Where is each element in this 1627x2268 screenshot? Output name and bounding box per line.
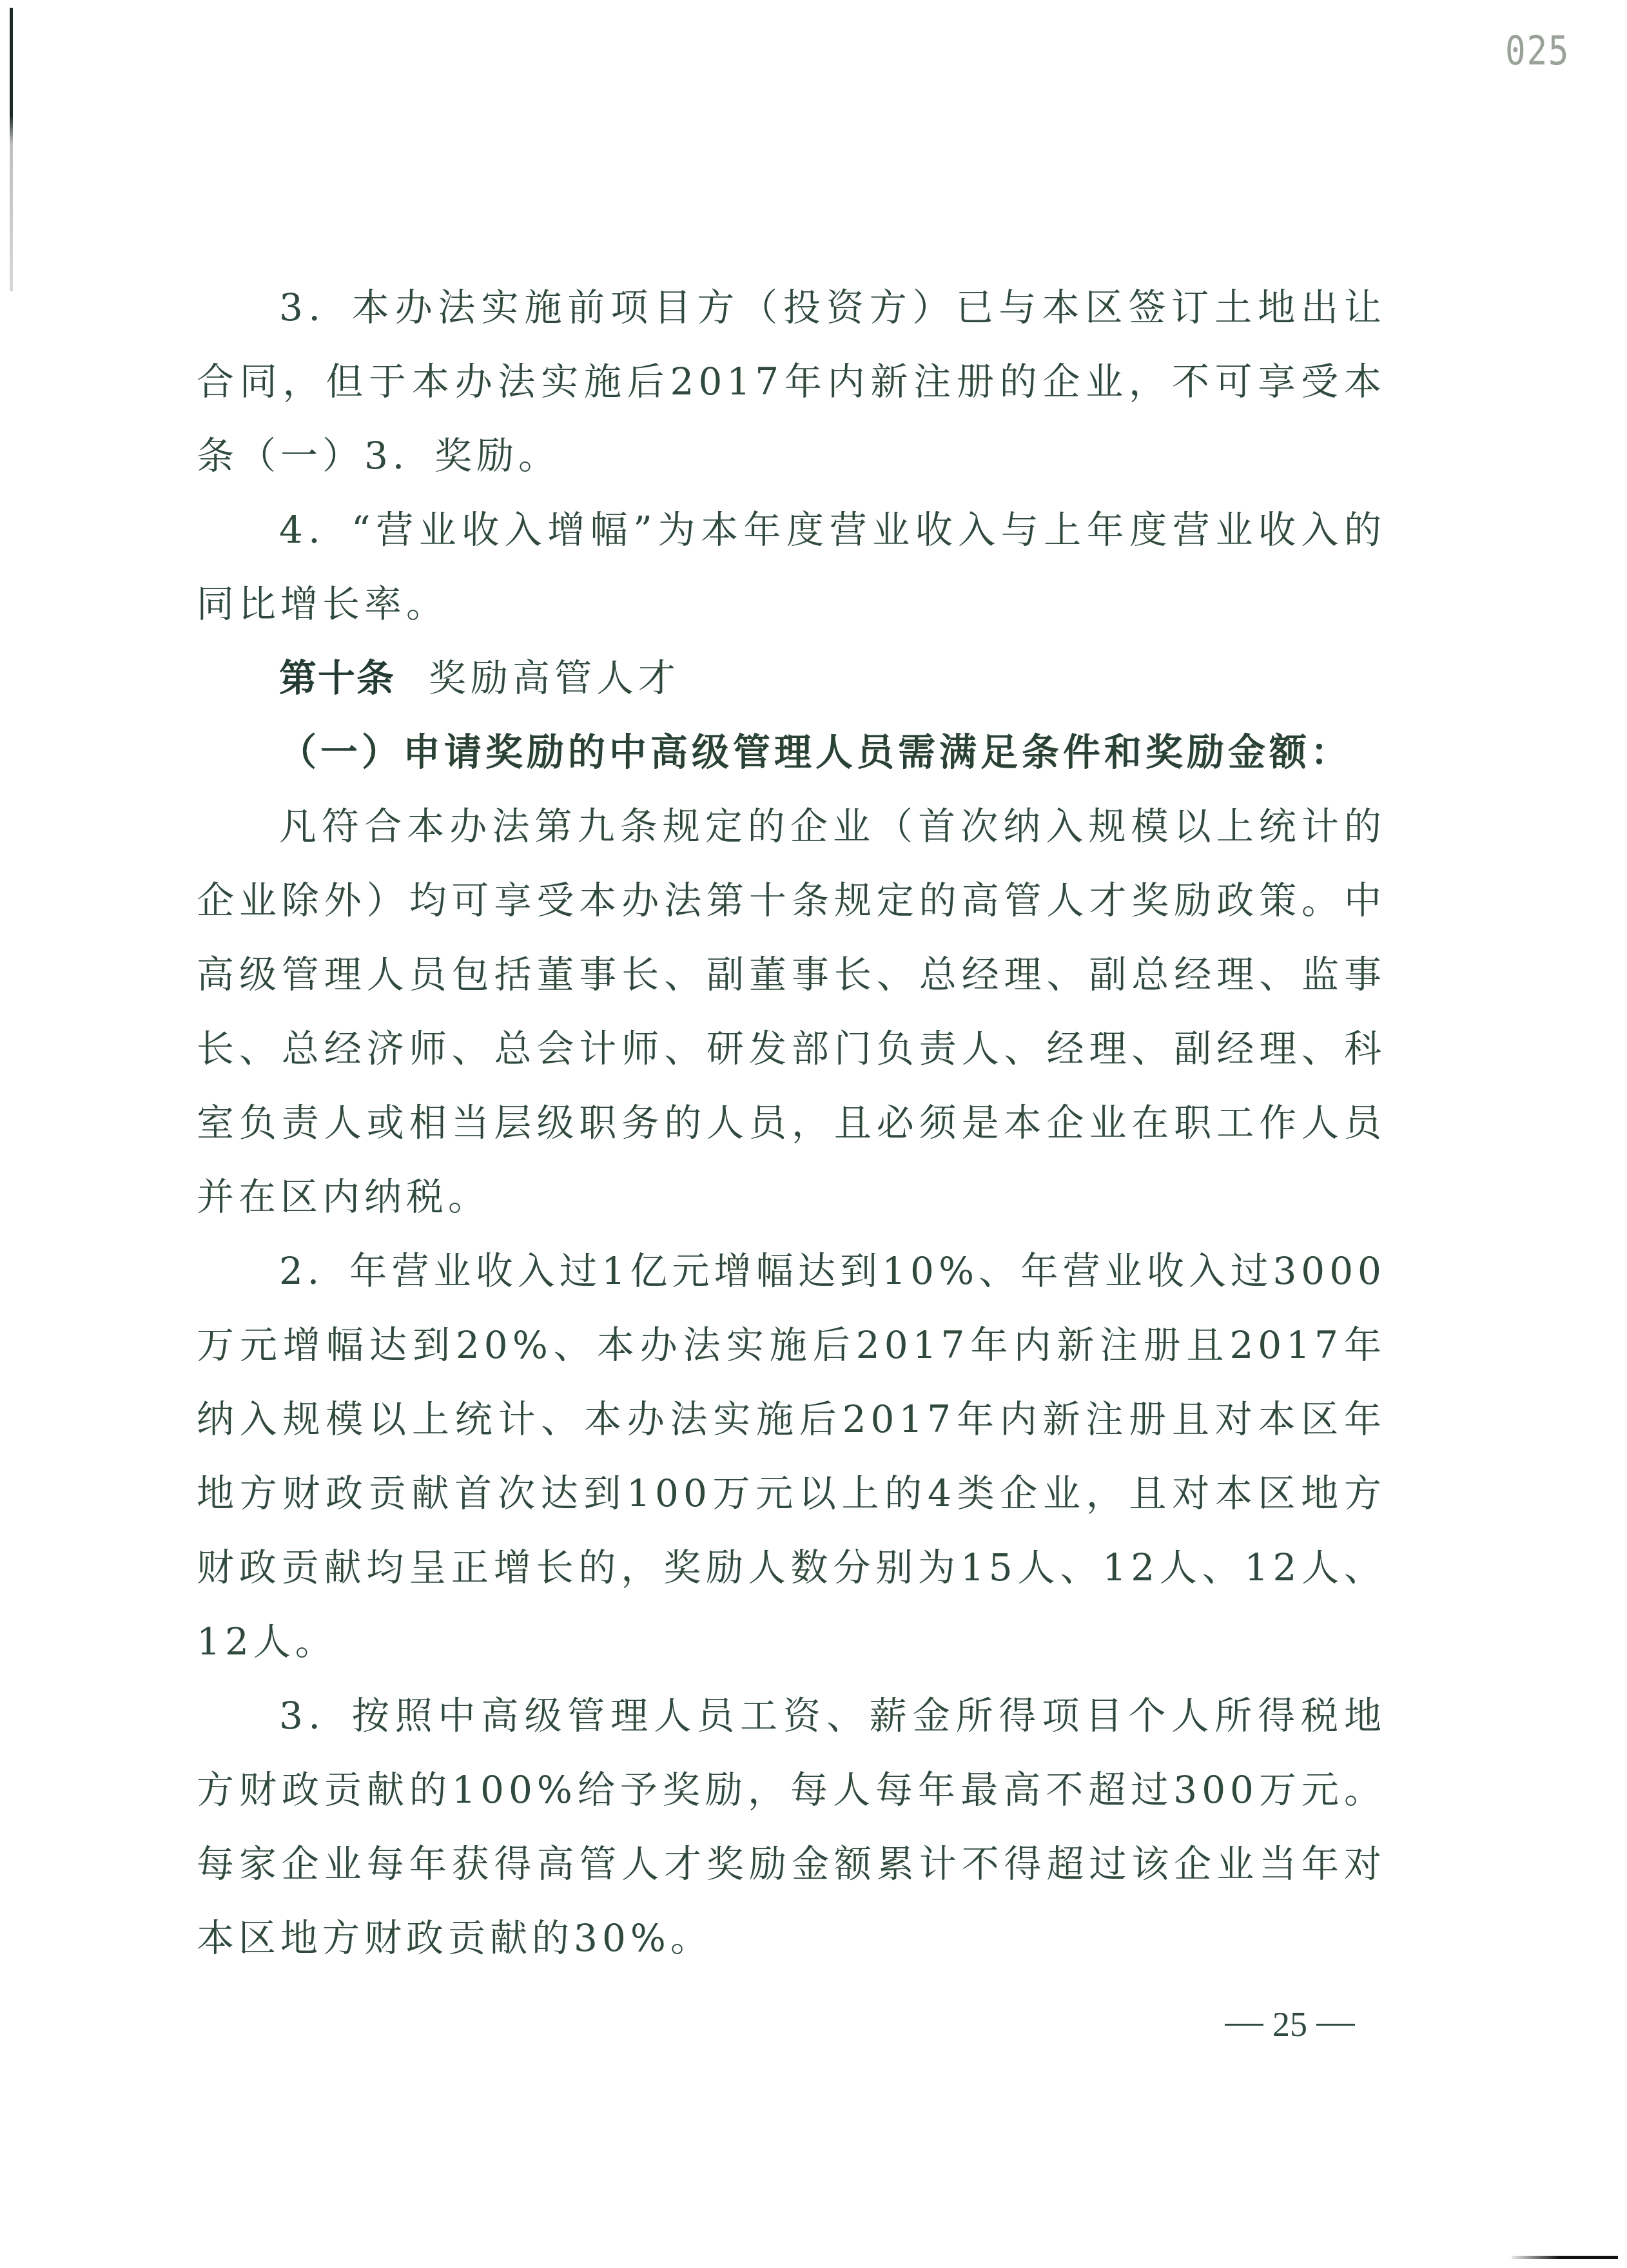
paragraph-item-3-land-contract: 3．本办法实施前项目方（投资方）已与本区签订土地出让合同，但于本办法实施后201…: [197, 271, 1386, 493]
article-heading: 第十条奖励高管人才: [197, 641, 1386, 715]
article-title: 奖励高管人才: [429, 656, 680, 700]
paragraph-item-3-reward-amount: 3．按照中高级管理人员工资、薪金所得项目个人所得税地方财政贡献的100%给予奖励…: [197, 1679, 1386, 1975]
binding-edge-line: [10, 8, 13, 291]
page-number-dash-left: [1225, 2024, 1263, 2026]
article-number: 第十条: [279, 656, 395, 700]
page-number-value: 25: [1272, 2004, 1307, 2044]
paragraph-eligibility: 凡符合本办法第九条规定的企业（首次纳入规模以上统计的企业除外）均可享受本办法第十…: [197, 790, 1386, 1234]
paragraph-item-4-revenue-growth: 4．“营业收入增幅”为本年度营业收入与上年度营业收入的同比增长率。: [197, 493, 1386, 641]
page-number-footer: 25: [1225, 2004, 1355, 2044]
paragraph-item-2-quota: 2．年营业收入过1亿元增幅达到10%、年营业收入过3000万元增幅达到20%、本…: [197, 1234, 1386, 1679]
document-body: 3．本办法实施前项目方（投资方）已与本区签订土地出让合同，但于本办法实施后201…: [197, 271, 1386, 1975]
scan-edge-rule: [1512, 2256, 1618, 2259]
section-subheading: （一）申请奖励的中高级管理人员需满足条件和奖励金额：: [197, 715, 1386, 790]
archive-stamp-number: 025: [1505, 27, 1570, 74]
page-number-dash-right: [1316, 2024, 1355, 2026]
